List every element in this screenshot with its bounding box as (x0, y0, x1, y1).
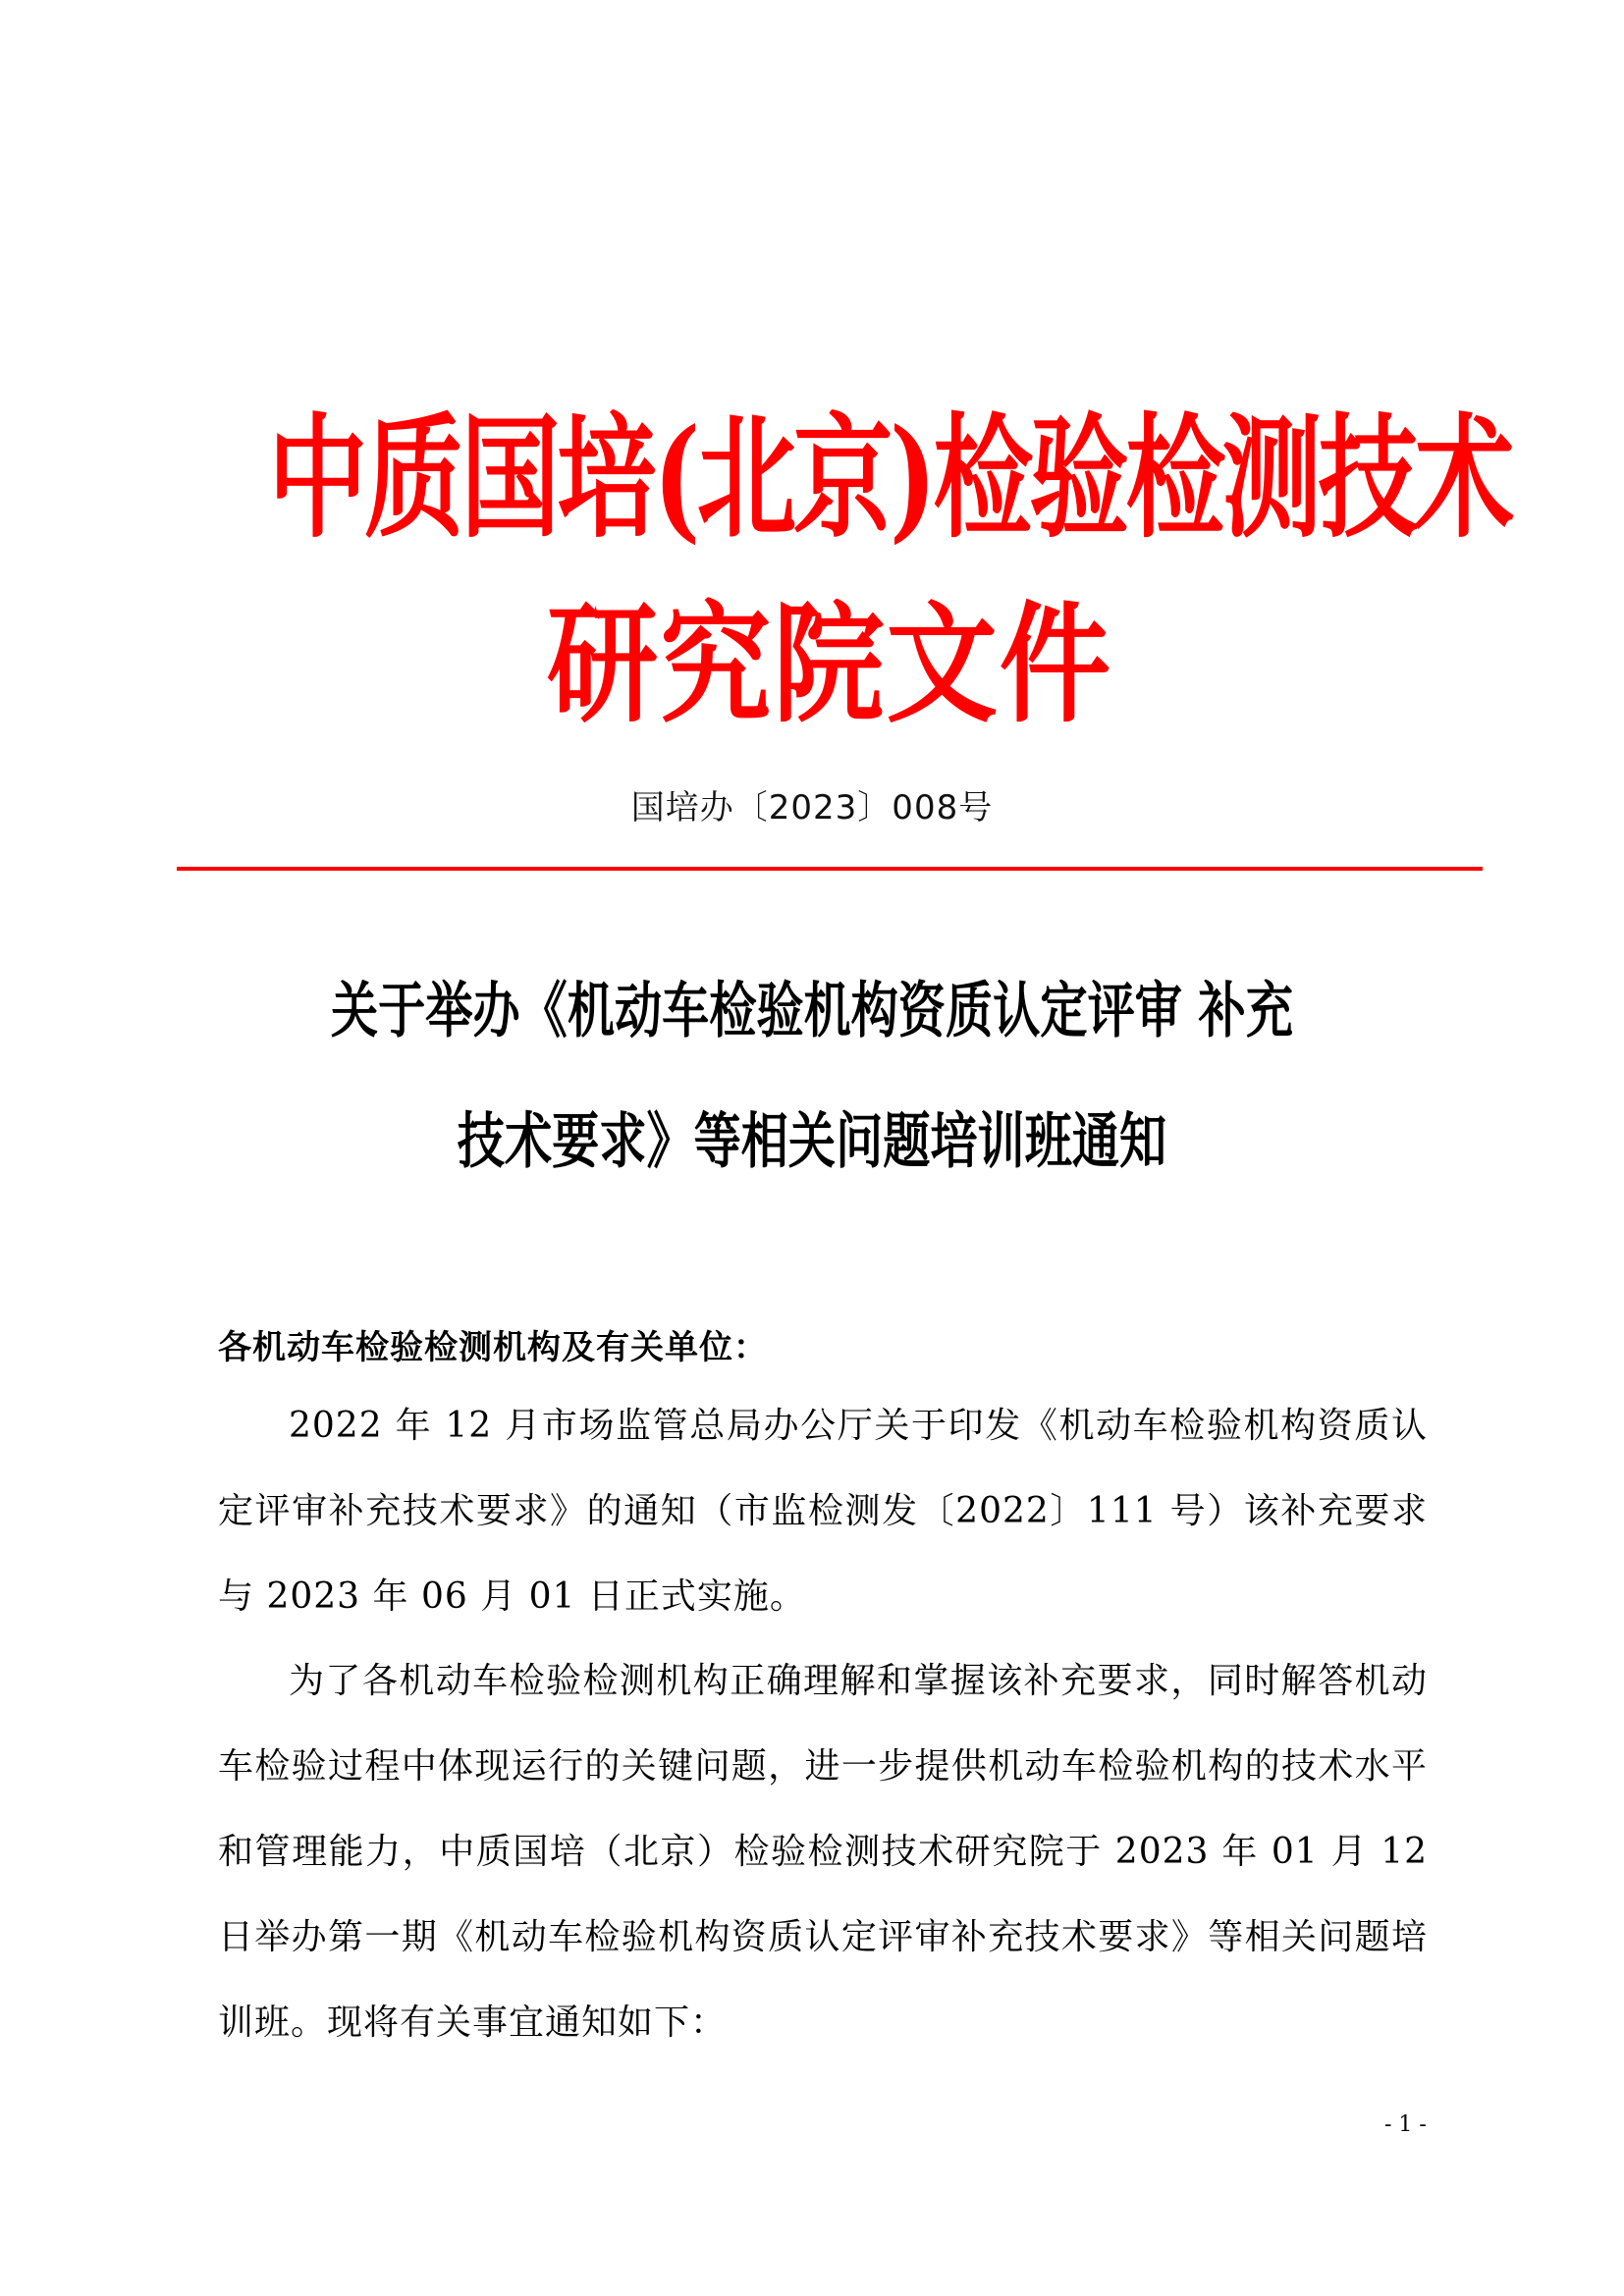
page-number: - 1 - (1384, 2112, 1427, 2137)
red-divider (177, 867, 1483, 871)
org-title-line2: 研究院文件 (203, 600, 1457, 729)
document-page: 中质国培(北京)检验检测技术 研究院文件 国培办〔2023〕008号 关于举办《… (0, 0, 1624, 2296)
notice-title-line1: 关于举办《机动车检验机构资质认定评审 补充 (114, 963, 1510, 1049)
notice-title-line2: 技术要求》等相关问题培训班通知 (114, 1094, 1510, 1180)
org-title-line1: 中质国培(北京)检验检测技术 (268, 411, 1391, 545)
salutation: 各机动车检验检测机构及有关单位： (218, 1320, 768, 1368)
body-paragraph-2: 为了各机动车检验检测机构正确理解和掌握该补充要求，同时解答机动车检验过程中体现运… (218, 1638, 1428, 2065)
body-paragraph-1: 2022 年 12 月市场监管总局办公厅关于印发《机动车检验机构资质认定评审补充… (218, 1383, 1428, 1639)
document-number: 国培办〔2023〕008号 (0, 780, 1624, 828)
